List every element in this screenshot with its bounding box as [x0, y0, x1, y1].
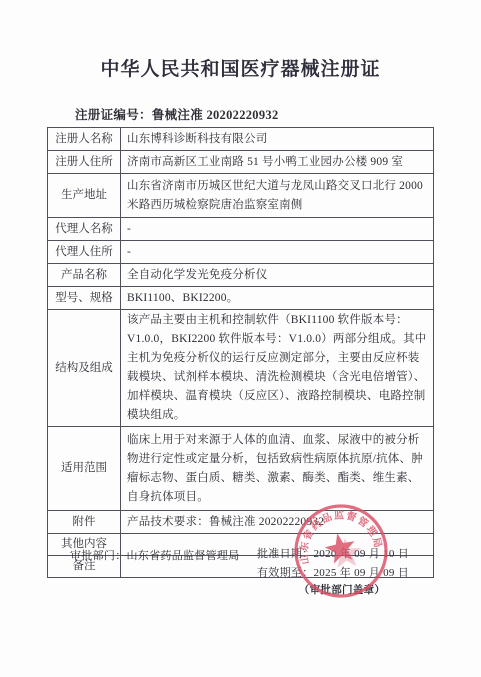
approval-department-label: 审批部门： [70, 550, 127, 562]
approval-department-line: 审批部门：山东省药品监督管理局 [70, 547, 240, 563]
row-label: 代理人住所 [48, 241, 121, 264]
table-row: 注册人名称 山东博科诊断科技有限公司 [48, 128, 434, 151]
valid-until-line: 有效期至：2025 年 09 月 09 日 [257, 564, 409, 580]
table-row: 注册人住所 济南市高新区工业南路 51 号小鸭工业园办公楼 909 室 [48, 151, 434, 174]
row-value: 产品技术要求：鲁械注准 20202220932 [121, 511, 434, 534]
certificate-table-body: 注册人名称 山东博科诊断科技有限公司 注册人住所 济南市高新区工业南路 51 号… [48, 128, 434, 578]
valid-until-value: 2025 年 09 月 09 日 [314, 567, 410, 579]
row-label: 产品名称 [48, 264, 121, 287]
approval-date-label: 批准日期： [257, 548, 314, 560]
row-label: 附件 [48, 511, 121, 534]
table-row: 代理人名称 - [48, 218, 434, 241]
table-row: 附件 产品技术要求：鲁械注准 20202220932 [48, 511, 434, 534]
cert-number-line: 注册证编号：鲁械注准 20202220932 [75, 105, 279, 123]
table-row: 生产地址 山东省济南市历城区世纪大道与龙凤山路交叉口北行 2000 米路西历城检… [48, 174, 434, 218]
row-value: 山东省济南市历城区世纪大道与龙凤山路交叉口北行 2000 米路西历城检察院唐冶监… [121, 174, 434, 218]
row-label: 生产地址 [48, 174, 121, 218]
table-row: 适用范围 临床上用于对来源于人体的血清、血浆、尿液中的被分析物进行定性或定量分析… [48, 427, 434, 511]
certificate-table: 注册人名称 山东博科诊断科技有限公司 注册人住所 济南市高新区工业南路 51 号… [47, 127, 434, 578]
row-label: 注册人住所 [48, 151, 121, 174]
table-row: 结构及组成 该产品主要由主机和控制软件（BKI1100 软件版本号：V1.0.0… [48, 310, 434, 427]
row-value: 济南市高新区工业南路 51 号小鸭工业园办公楼 909 室 [121, 151, 434, 174]
row-value: 全自动化学发光免疫分析仪 [121, 264, 434, 287]
row-label: 型号、规格 [48, 287, 121, 310]
table-row: 型号、规格 BKI1100、BKI2200。 [48, 287, 434, 310]
row-label: 结构及组成 [48, 310, 121, 427]
row-value: 山东博科诊断科技有限公司 [121, 128, 434, 151]
certificate-page: 中华人民共和国医疗器械注册证 注册证编号：鲁械注准 20202220932 注册… [0, 0, 481, 677]
row-value: - [121, 241, 434, 264]
page-title: 中华人民共和国医疗器械注册证 [0, 54, 481, 81]
seal-note: （审批部门盖章） [257, 582, 427, 597]
table-row: 产品名称 全自动化学发光免疫分析仪 [48, 264, 434, 287]
row-label: 适用范围 [48, 427, 121, 511]
row-label: 代理人名称 [48, 218, 121, 241]
row-value: - [121, 218, 434, 241]
row-value: 临床上用于对来源于人体的血清、血浆、尿液中的被分析物进行定性或定量分析，包括致病… [121, 427, 434, 511]
row-value: BKI1100、BKI2200。 [121, 287, 434, 310]
valid-until-label: 有效期至： [257, 567, 314, 579]
row-value: 该产品主要由主机和控制软件（BKI1100 软件版本号：V1.0.0，BKI22… [121, 310, 434, 427]
approval-date-line: 批准日期：2020 年 09 月 10 日 [257, 545, 409, 561]
approval-department-value: 山东省药品监督管理局 [127, 550, 240, 562]
cert-number-value: 鲁械注准 20202220932 [152, 108, 279, 122]
row-label: 注册人名称 [48, 128, 121, 151]
table-row: 代理人住所 - [48, 241, 434, 264]
cert-number-label: 注册证编号： [75, 108, 152, 122]
approval-date-value: 2020 年 09 月 10 日 [314, 548, 410, 560]
